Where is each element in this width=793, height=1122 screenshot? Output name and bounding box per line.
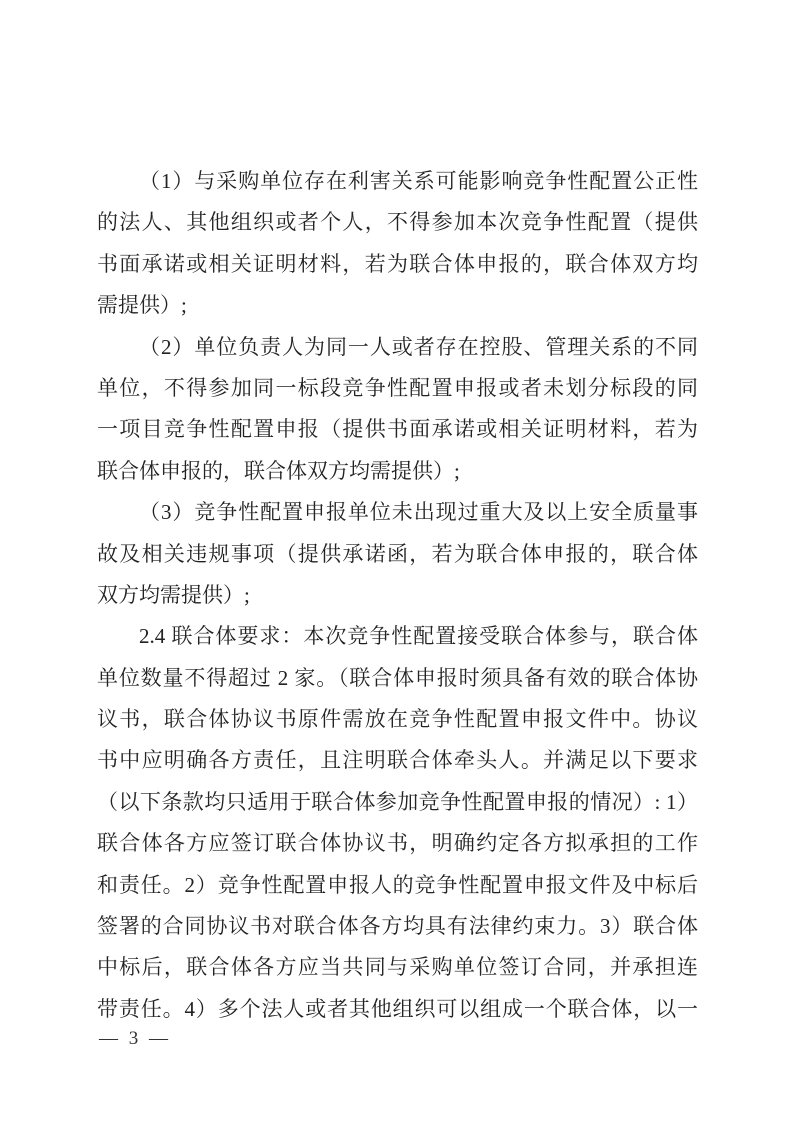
page-number: — 3 — xyxy=(99,1028,171,1050)
text-line: 需提供）; xyxy=(97,285,698,326)
text-line: 双方均需提供）; xyxy=(97,575,698,616)
text-line: 的法人、其他组织或者个人，不得参加本次竞争性配置（提供 xyxy=(97,202,698,243)
text-line: 书面承诺或相关证明材料，若为联合体申报的，联合体双方均 xyxy=(97,244,698,285)
text-line: 和责任。2）竞争性配置申报人的竞争性配置申报文件及中标后 xyxy=(97,865,698,906)
text-line: 联合体各方应签订联合体协议书，明确约定各方拟承担的工作 xyxy=(97,823,698,864)
text-line: 一项目竞争性配置申报（提供书面承诺或相关证明材料，若为 xyxy=(97,409,698,450)
text-line: （3）竞争性配置申报单位未出现过重大及以上安全质量事 xyxy=(97,492,698,533)
document-body: （1）与采购单位存在利害关系可能影响竞争性配置公正性 的法人、其他组织或者个人，… xyxy=(97,161,698,1030)
text-line: 中标后，联合体各方应当共同与采购单位签订合同，并承担连 xyxy=(97,947,698,988)
paragraph: （2）单位负责人为同一人或者存在控股、管理关系的不同 单位，不得参加同一标段竞争… xyxy=(97,327,698,493)
text-line: （2）单位负责人为同一人或者存在控股、管理关系的不同 xyxy=(97,327,698,368)
text-line: （以下条款均只适用于联合体参加竞争性配置申报的情况）: 1） xyxy=(97,782,698,823)
text-line: 联合体申报的，联合体双方均需提供）; xyxy=(97,451,698,492)
text-line: 议书，联合体协议书原件需放在竞争性配置申报文件中。协议 xyxy=(97,699,698,740)
text-line: 带责任。4）多个法人或者其他组织可以组成一个联合体，以一 xyxy=(97,989,698,1030)
text-line: 故及相关违规事项（提供承诺函，若为联合体申报的，联合体 xyxy=(97,534,698,575)
text-line: 签署的合同协议书对联合体各方均具有法律约束力。3）联合体 xyxy=(97,906,698,947)
text-line: 书中应明确各方责任，且注明联合体牵头人。并满足以下要求 xyxy=(97,740,698,781)
paragraph: （1）与采购单位存在利害关系可能影响竞争性配置公正性 的法人、其他组织或者个人，… xyxy=(97,161,698,327)
document-page: （1）与采购单位存在利害关系可能影响竞争性配置公正性 的法人、其他组织或者个人，… xyxy=(0,0,793,1122)
paragraph: 2.4 联合体要求：本次竞争性配置接受联合体参与，联合体 单位数量不得超过 2 … xyxy=(97,616,698,1030)
text-line: 单位数量不得超过 2 家。（联合体申报时须具备有效的联合体协 xyxy=(97,658,698,699)
text-line: （1）与采购单位存在利害关系可能影响竞争性配置公正性 xyxy=(97,161,698,202)
text-line: 2.4 联合体要求：本次竞争性配置接受联合体参与，联合体 xyxy=(97,616,698,657)
text-line: 单位，不得参加同一标段竞争性配置申报或者未划分标段的同 xyxy=(97,368,698,409)
paragraph: （3）竞争性配置申报单位未出现过重大及以上安全质量事 故及相关违规事项（提供承诺… xyxy=(97,492,698,616)
